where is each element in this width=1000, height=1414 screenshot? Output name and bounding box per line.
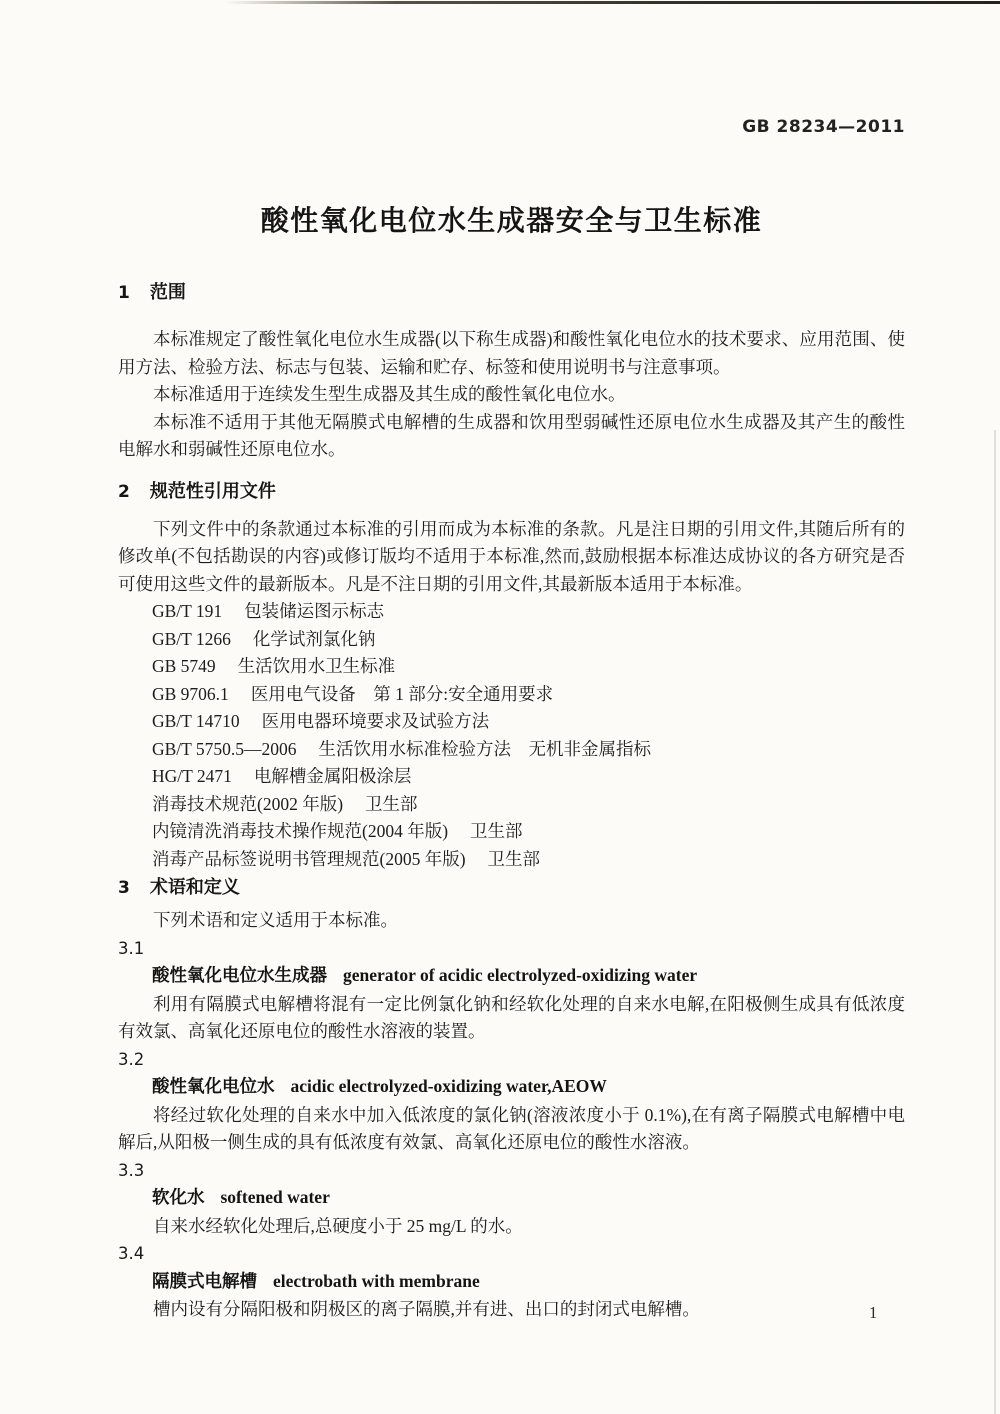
reference-list: GB/T 191包装储运图示标志 GB/T 1266化学试剂氯化钠 GB 574… [118, 598, 905, 873]
reference-title: 生活饮用水标准检验方法 无机非金属指标 [319, 739, 652, 759]
reference-code: GB/T 14710 [152, 711, 240, 731]
reference-code: HG/T 2471 [152, 766, 232, 786]
reference-item: 消毒产品标签说明书管理规范(2005 年版)卫生部 [152, 846, 905, 874]
section-2-number: 2 [118, 482, 130, 502]
reference-code: 消毒产品标签说明书管理规范(2005 年版) [152, 849, 466, 869]
reference-item: GB 9706.1医用电气设备 第 1 部分:安全通用要求 [152, 681, 905, 709]
term-definition: 利用有隔膜式电解槽将混有一定比例氯化钠和经软化处理的自来水电解,在阳极侧生成具有… [118, 991, 905, 1046]
reference-code: GB/T 5750.5—2006 [152, 739, 297, 759]
scan-edge-top [225, 1, 1000, 4]
section-2-intro: 下列文件中的条款通过本标准的引用而成为本标准的条款。凡是注日期的引用文件,其随后… [118, 516, 905, 599]
reference-item: HG/T 2471电解槽金属阳极涂层 [152, 763, 905, 791]
reference-item: GB/T 191包装储运图示标志 [152, 598, 905, 626]
reference-title: 生活饮用水卫生标准 [238, 656, 396, 676]
term-chinese: 隔膜式电解槽 [152, 1271, 257, 1291]
section-3-label: 术语和定义 [150, 877, 240, 897]
section-3-heading: 3术语和定义 [118, 875, 905, 901]
term-heading: 隔膜式电解槽electrobath with membrane [118, 1268, 905, 1297]
reference-title: 化学试剂氯化钠 [253, 629, 376, 649]
standard-code: GB 28234—2011 [118, 116, 905, 138]
section-1-number: 1 [118, 283, 130, 303]
term-heading: 软化水softened water [118, 1184, 905, 1213]
term-definition: 将经过软化处理的自来水中加入低浓度的氯化钠(溶液浓度小于 0.1%),在有离子隔… [118, 1102, 905, 1157]
reference-item: GB/T 1266化学试剂氯化钠 [152, 626, 905, 654]
section-1-label: 范围 [150, 282, 186, 302]
term-english: generator of acidic electrolyzed-oxidizi… [343, 965, 697, 985]
section-1-paragraph: 本标准规定了酸性氧化电位水生成器(以下称生成器)和酸性氧化电位水的技术要求、应用… [118, 326, 905, 381]
reference-title: 卫生部 [488, 849, 541, 869]
term-english: acidic electrolyzed-oxidizing water,AEOW [291, 1076, 607, 1096]
document-title: 酸性氧化电位水生成器安全与卫生标准 [118, 200, 905, 242]
reference-code: 内镜清洗消毒技术操作规范(2004 年版) [152, 821, 448, 841]
reference-title: 卫生部 [365, 794, 418, 814]
reference-item: 内镜清洗消毒技术操作规范(2004 年版)卫生部 [152, 818, 905, 846]
page-number: 1 [869, 1303, 877, 1323]
term-chinese: 酸性氧化电位水 [152, 1076, 275, 1096]
section-1-paragraph: 本标准适用于连续发生型生成器及其生成的酸性氧化电位水。 [118, 381, 905, 409]
reference-code: GB/T 1266 [152, 629, 231, 649]
clause-number: 3.3 [118, 1157, 905, 1185]
term-english: softened water [221, 1187, 330, 1207]
reference-code: GB 9706.1 [152, 684, 229, 704]
reference-code: GB/T 191 [152, 601, 222, 621]
reference-code: GB 5749 [152, 656, 216, 676]
scan-edge-right [994, 430, 996, 1414]
page-content: GB 28234—2011 酸性氧化电位水生成器安全与卫生标准 1范围 本标准规… [0, 0, 1000, 1324]
clause-number: 3.1 [118, 935, 905, 963]
reference-title: 包装储运图示标志 [244, 601, 384, 621]
term-english: electrobath with membrane [273, 1271, 480, 1291]
term-definition: 槽内设有分隔阳极和阴极区的离子隔膜,并有进、出口的封闭式电解槽。 [118, 1296, 905, 1324]
section-3-number: 3 [118, 878, 130, 898]
term-heading: 酸性氧化电位水生成器generator of acidic electrolyz… [118, 962, 905, 991]
reference-title: 医用电气设备 第 1 部分:安全通用要求 [251, 684, 553, 704]
reference-code: 消毒技术规范(2002 年版) [152, 794, 343, 814]
reference-item: GB/T 5750.5—2006生活饮用水标准检验方法 无机非金属指标 [152, 736, 905, 764]
reference-item: GB 5749生活饮用水卫生标准 [152, 653, 905, 681]
reference-item: 消毒技术规范(2002 年版)卫生部 [152, 791, 905, 819]
term-chinese: 软化水 [152, 1187, 205, 1207]
section-1-heading: 1范围 [118, 280, 905, 306]
document-page: GB 28234—2011 酸性氧化电位水生成器安全与卫生标准 1范围 本标准规… [0, 0, 1000, 1414]
section-1-paragraph: 本标准不适用于其他无隔膜式电解槽的生成器和饮用型弱碱性还原电位水生成器及其产生的… [118, 409, 905, 464]
section-2-label: 规范性引用文件 [150, 481, 276, 501]
section-3-intro: 下列术语和定义适用于本标准。 [118, 907, 905, 935]
clause-number: 3.2 [118, 1046, 905, 1074]
reference-item: GB/T 14710医用电器环境要求及试验方法 [152, 708, 905, 736]
reference-title: 医用电器环境要求及试验方法 [262, 711, 490, 731]
term-definition: 自来水经软化处理后,总硬度小于 25 mg/L 的水。 [118, 1213, 905, 1241]
clause-number: 3.4 [118, 1240, 905, 1268]
section-2-heading: 2规范性引用文件 [118, 479, 905, 505]
term-heading: 酸性氧化电位水acidic electrolyzed-oxidizing wat… [118, 1073, 905, 1102]
term-chinese: 酸性氧化电位水生成器 [152, 965, 327, 985]
reference-title: 电解槽金属阳极涂层 [254, 766, 412, 786]
reference-title: 卫生部 [470, 821, 523, 841]
